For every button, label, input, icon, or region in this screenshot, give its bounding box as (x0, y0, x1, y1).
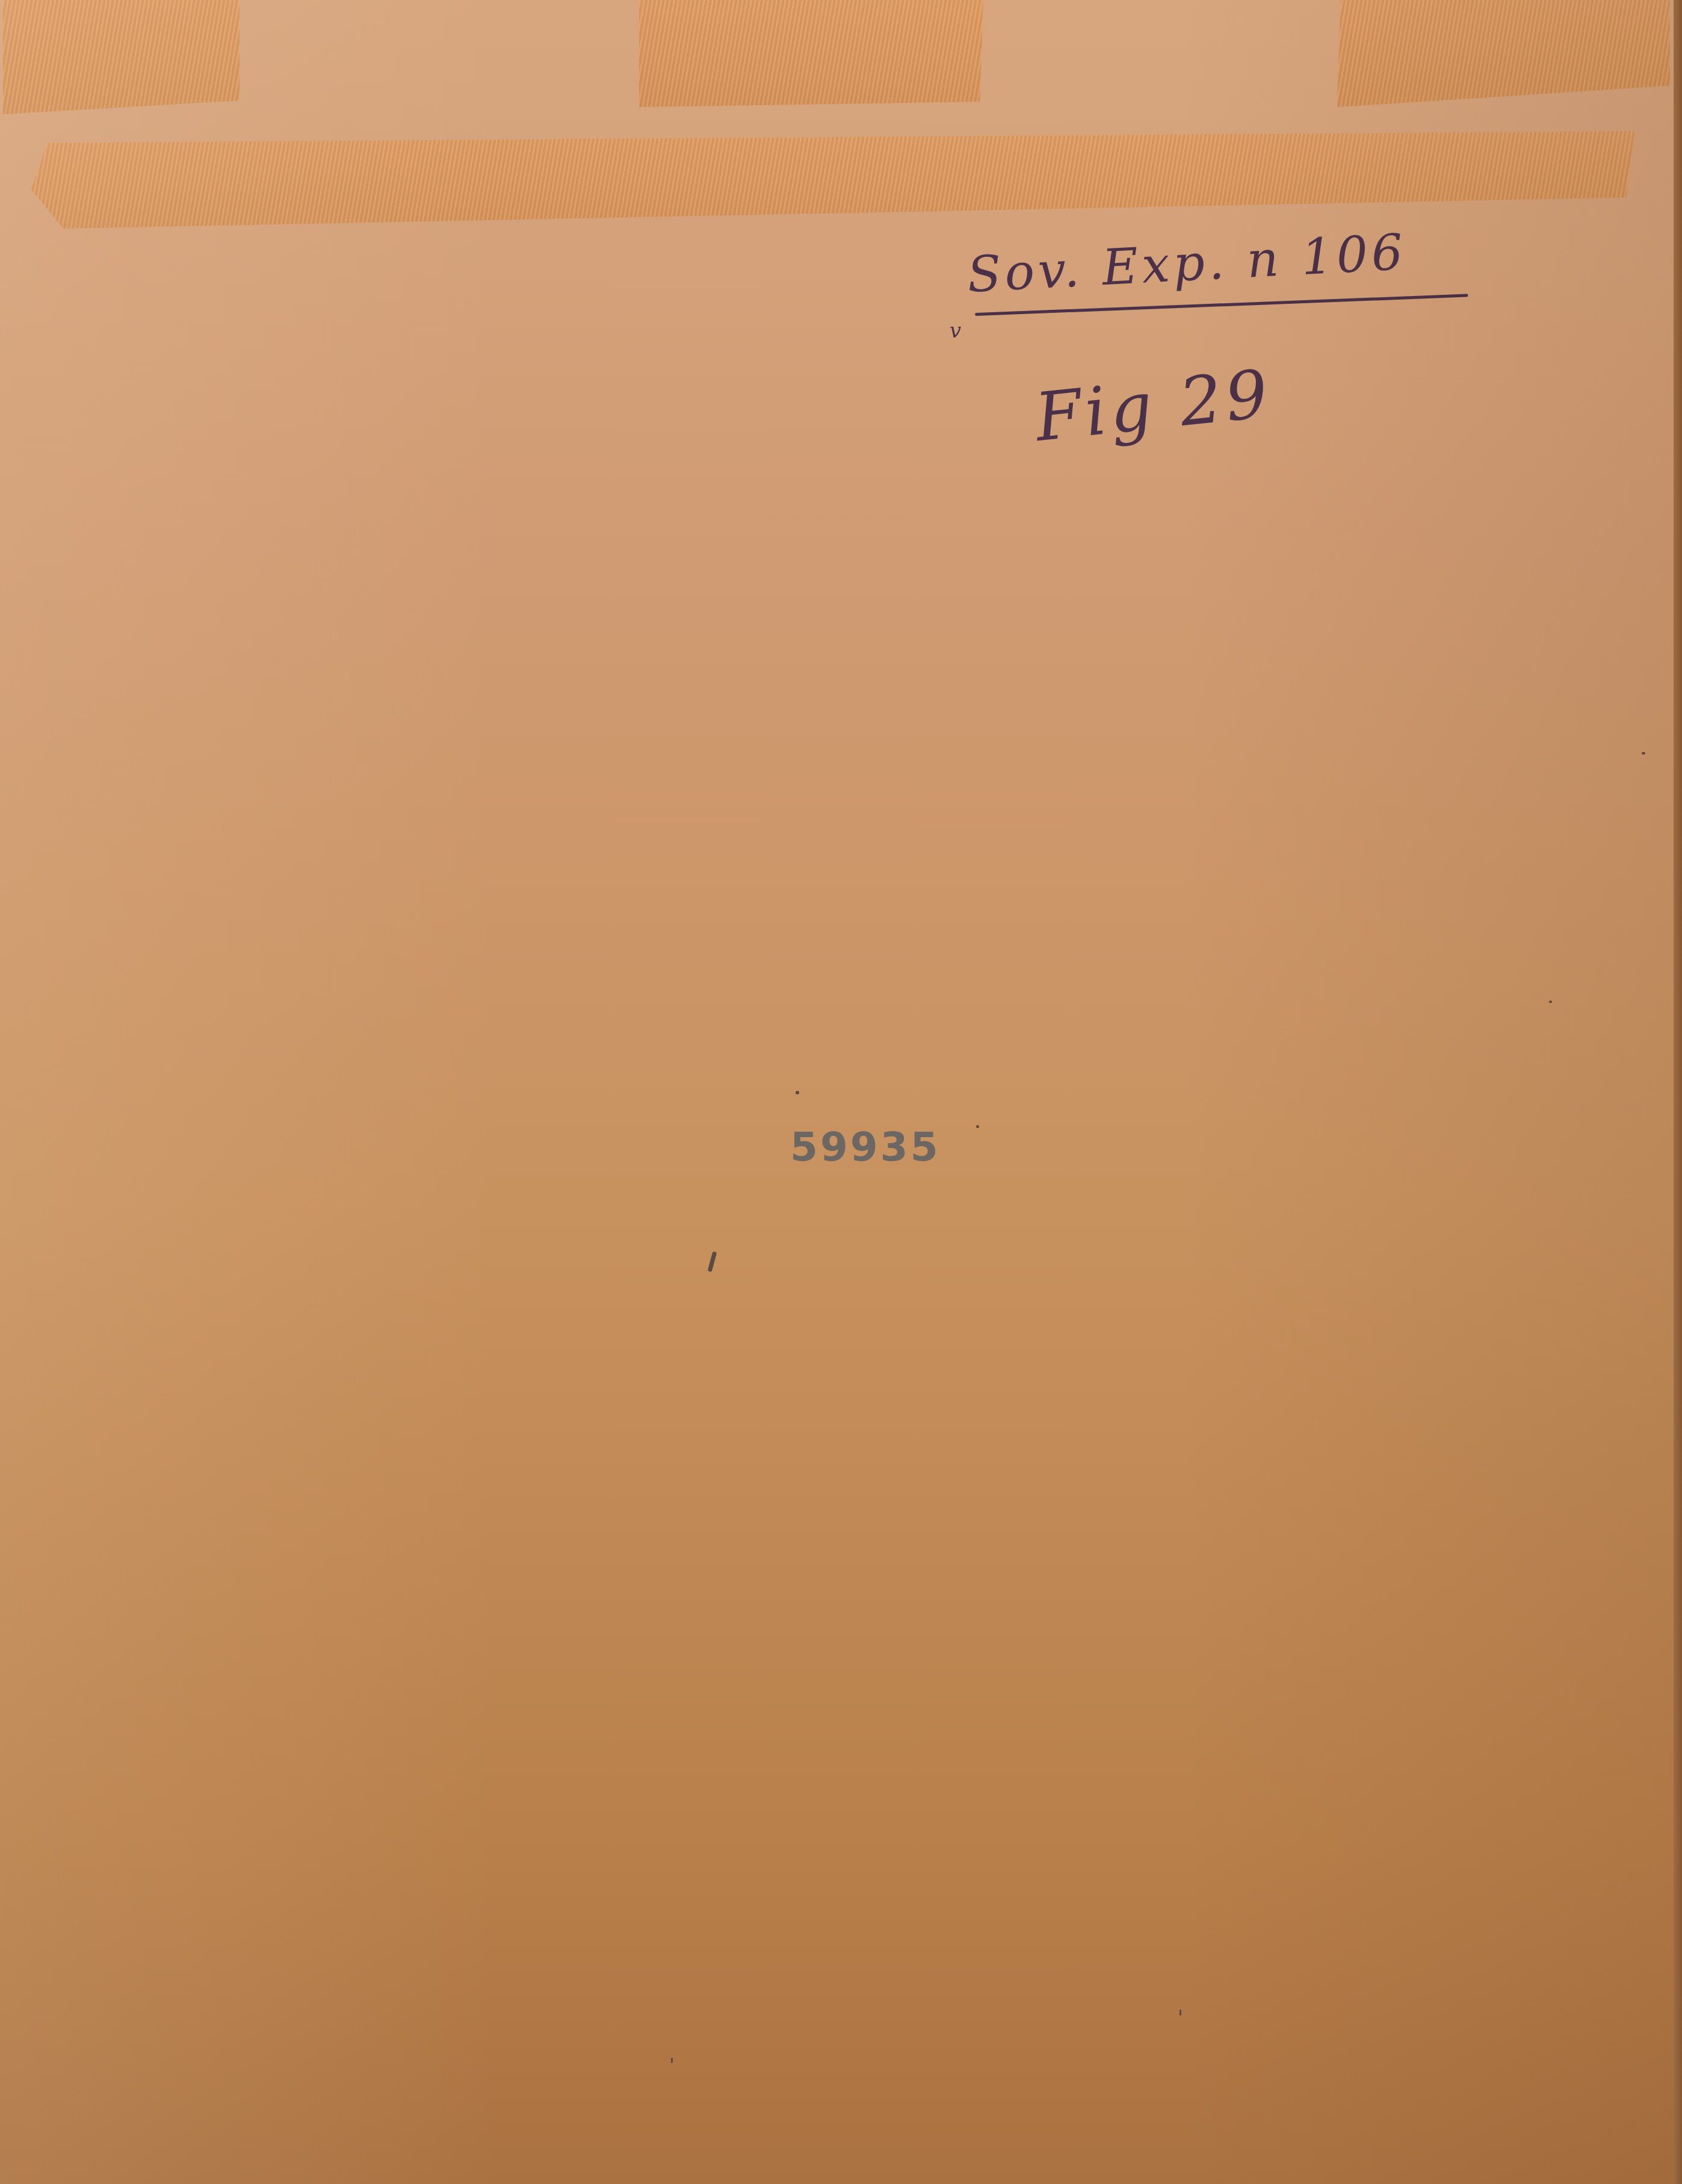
tape-strip-top-left (3, 0, 240, 114)
handwritten-figure-number: Fig 29 (1031, 355, 1275, 456)
tape-strip-top-center (639, 0, 983, 107)
paper-speck (976, 1125, 979, 1128)
tape-strip-top-right (1337, 0, 1670, 107)
handwritten-reference: Sov. Exp. n 106 (966, 224, 1408, 304)
inventory-stamp: 59935 (790, 1124, 941, 1170)
tape-strip-horizontal (31, 131, 1634, 229)
paper-speck (708, 1251, 717, 1272)
paper-sheet: Sov. Exp. n 106 v Fig 29 59935 (0, 0, 1682, 2184)
paper-speck (671, 2058, 673, 2063)
paper-speck (1180, 2010, 1181, 2016)
handwritten-tick: v (950, 319, 961, 343)
paper-speck (796, 1091, 799, 1094)
paper-speck (1642, 752, 1645, 754)
paper-edge (1674, 0, 1682, 2184)
paper-speck (1549, 1001, 1552, 1003)
